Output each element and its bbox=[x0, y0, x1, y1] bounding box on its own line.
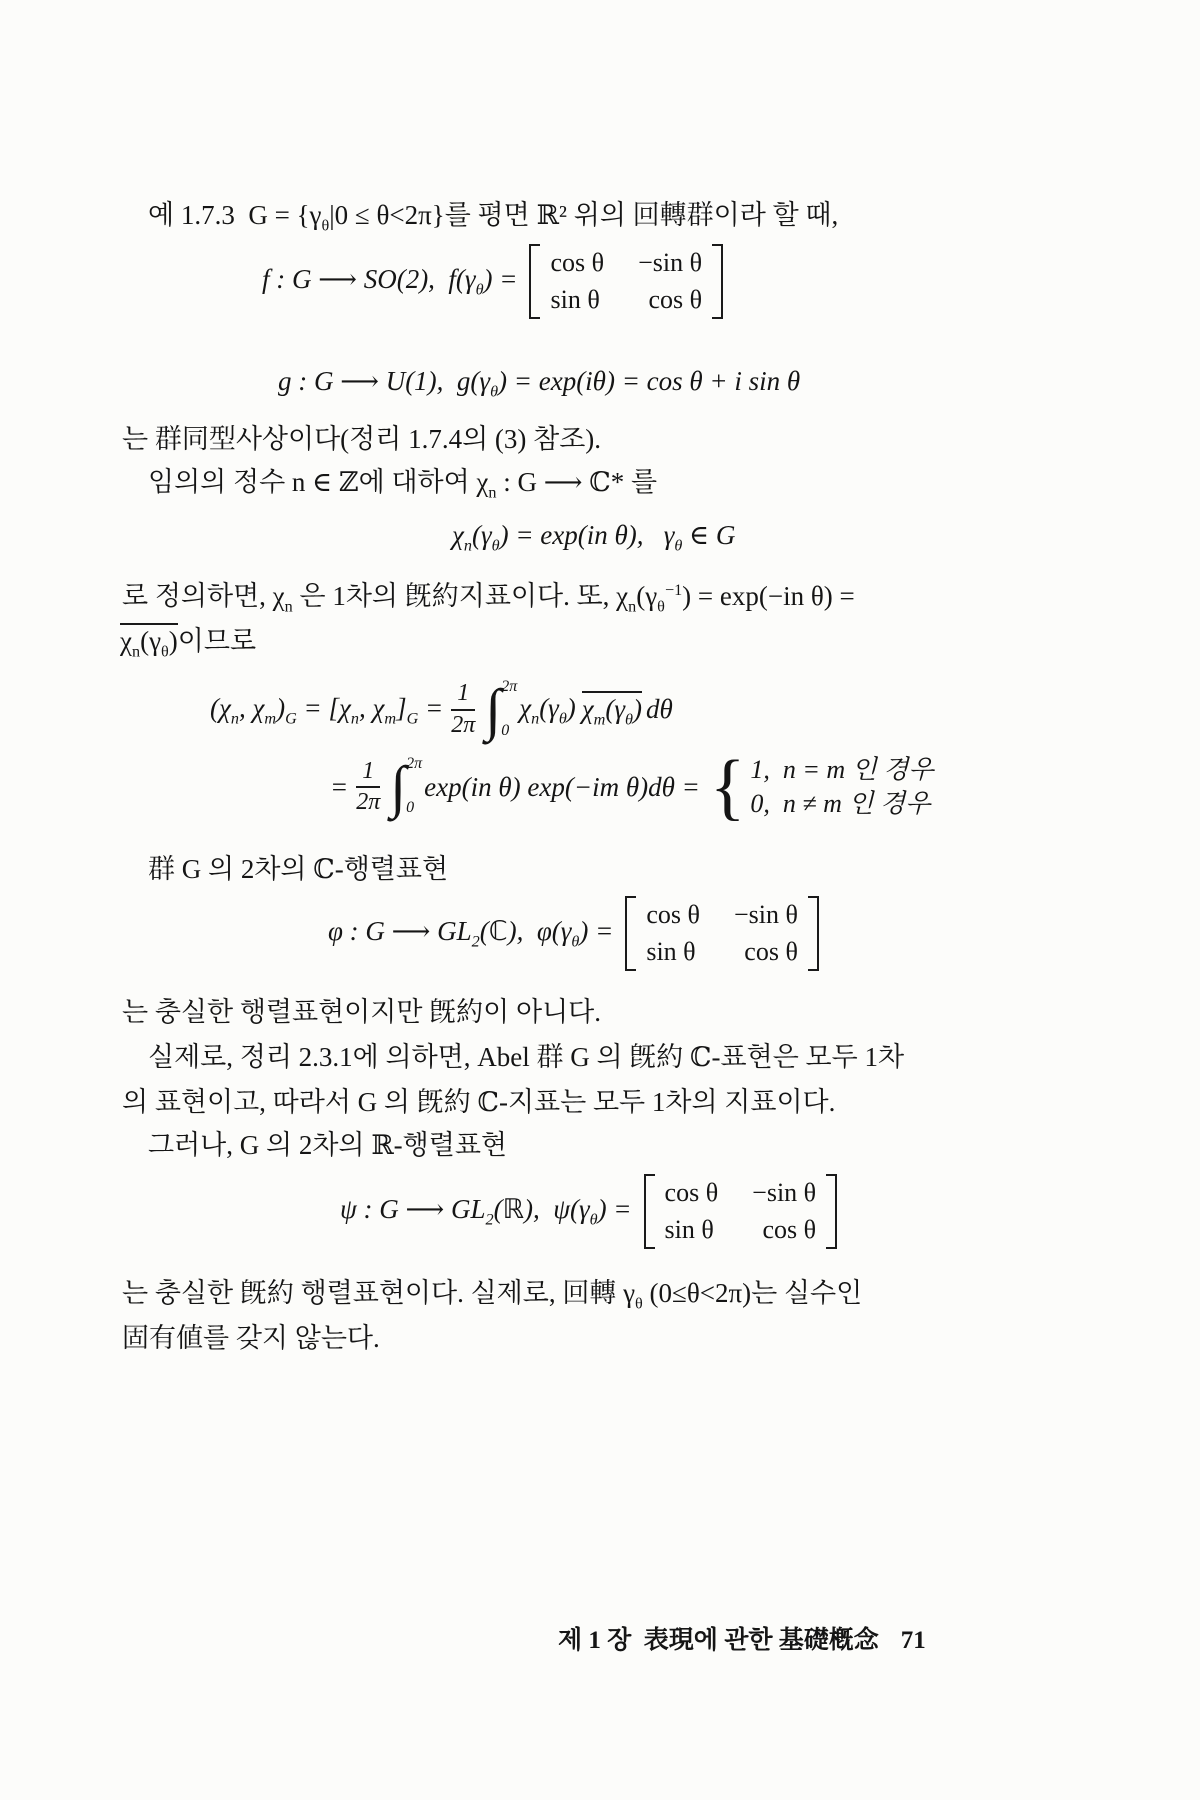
overline-chi: χn(γθ) bbox=[120, 623, 178, 661]
matrix-bracket-left bbox=[625, 896, 636, 971]
para-chi-conjugate: χn(γθ)이므로 bbox=[120, 622, 256, 661]
para-r-matrix-rep: 그러나, G 의 2차의 ℝ-행렬표현 bbox=[148, 1126, 507, 1165]
brace-icon: { bbox=[710, 752, 746, 822]
case-equal: 1, n = m 인 경우 bbox=[750, 756, 933, 785]
para-c-matrix-rep: 群 G 의 2차의 ℂ-행렬표현 bbox=[148, 850, 448, 889]
matrix-bracket-left bbox=[644, 1174, 655, 1249]
para-faithful-not-irreducible: 는 충실한 행렬표현이지만 旣約이 아니다. bbox=[122, 993, 601, 1032]
matrix-cells: cos θ−sin θsin θcos θ bbox=[548, 244, 704, 319]
formula-inner-product: (χn, χm)G = [χn, χm]G = 12π ∫2π0 χn(γθ) … bbox=[210, 678, 673, 742]
fraction-one-over-2pi: 12π bbox=[356, 758, 380, 817]
matrix-cell: sin θ bbox=[646, 938, 700, 965]
para-eigenvalue: 固有値를 갖지 않는다. bbox=[122, 1319, 380, 1358]
footer-page-number: 71 bbox=[901, 1627, 926, 1654]
para-faithful-irreducible: 는 충실한 旣約 행렬표현이다. 실제로, 回轉 γθ (0≤θ<2π)는 실수… bbox=[122, 1274, 862, 1316]
formula-f-so2: f : G ⟶ SO(2), f(γθ) = cos θ−sin θsin θc… bbox=[262, 244, 723, 319]
matrix-cell: −sin θ bbox=[734, 901, 798, 928]
matrix-cell: sin θ bbox=[665, 1216, 719, 1243]
cases-expression: {1, n = m 인 경우0, n ≠ m 인 경우 bbox=[710, 752, 934, 822]
matrix-cell: cos θ bbox=[638, 286, 702, 313]
rotation-matrix: cos θ−sin θsin θcos θ bbox=[625, 896, 819, 971]
integral-0-2pi: ∫2π0 bbox=[390, 755, 422, 819]
matrix-bracket-right bbox=[826, 1174, 837, 1249]
matrix-cells: cos θ−sin θsin θcos θ bbox=[663, 1174, 819, 1249]
formula-inner-product-cases: = 12π ∫2π0 exp(in θ) exp(−im θ)dθ = {1, … bbox=[330, 752, 934, 822]
para-theorem-231: 실제로, 정리 2.3.1에 의하면, Abel 群 G 의 旣約 ℂ-표현은 … bbox=[148, 1038, 904, 1077]
example-label: 예 1.7.3 bbox=[148, 200, 235, 230]
para-integer-n: 임의의 정수 n ∈ ℤ에 대하여 χn : G ⟶ ℂ* 를 bbox=[148, 463, 657, 505]
page-footer: 제 1 장 表現에 관한 基礎槪念71 bbox=[558, 1620, 926, 1656]
fraction-one-over-2pi: 12π bbox=[451, 680, 475, 739]
example-heading: 예 1.7.3 G = {γθ|0 ≤ θ<2π}를 평면 ℝ² 위의 回轉群이… bbox=[148, 196, 838, 238]
matrix-cell: cos θ bbox=[665, 1179, 719, 1206]
matrix-cell: cos θ bbox=[646, 901, 700, 928]
matrix-bracket-right bbox=[712, 244, 723, 319]
footer-chapter-title: 제 1 장 表現에 관한 基礎槪念 bbox=[558, 1627, 879, 1654]
rotation-matrix: cos θ−sin θsin θcos θ bbox=[529, 244, 723, 319]
para-homomorphism: 는 群同型사상이다(정리 1.7.4의 (3) 참조). bbox=[122, 420, 601, 459]
matrix-cell: −sin θ bbox=[638, 249, 702, 276]
rotation-matrix: cos θ−sin θsin θcos θ bbox=[644, 1174, 838, 1249]
integral-0-2pi: ∫2π0 bbox=[485, 678, 517, 742]
matrix-cell: cos θ bbox=[734, 938, 798, 965]
formula-phi-gl2c: φ : G ⟶ GL2(ℂ), φ(γθ) = cos θ−sin θsin θ… bbox=[328, 896, 819, 971]
scanned-page: 예 1.7.3 G = {γθ|0 ≤ θ<2π}를 평면 ℝ² 위의 回轉群이… bbox=[0, 0, 1200, 1800]
matrix-bracket-right bbox=[808, 896, 819, 971]
integral-icon: ∫ bbox=[485, 681, 501, 739]
case-not-equal: 0, n ≠ m 인 경우 bbox=[750, 790, 933, 819]
formula-psi-gl2r: ψ : G ⟶ GL2(ℝ), ψ(γθ) = cos θ−sin θsin θ… bbox=[340, 1174, 837, 1249]
matrix-cells: cos θ−sin θsin θcos θ bbox=[644, 896, 800, 971]
matrix-cell: cos θ bbox=[550, 249, 604, 276]
matrix-bracket-left bbox=[529, 244, 540, 319]
formula-chi-definition: χn(γθ) = exp(in θ), γθ ∈ G bbox=[452, 516, 735, 558]
matrix-cell: −sin θ bbox=[752, 1179, 816, 1206]
formula-f-text: f : G ⟶ SO(2), f(γθ) = bbox=[262, 260, 517, 302]
formula-g-u1: g : G ⟶ U(1), g(γθ) = exp(iθ) = cos θ + … bbox=[278, 362, 800, 404]
overline-chi-m: χm(γθ) bbox=[582, 691, 642, 729]
matrix-cell: sin θ bbox=[550, 286, 604, 313]
matrix-cell: cos θ bbox=[752, 1216, 816, 1243]
para-theorem-231-cont: 의 표현이고, 따라서 G 의 旣約 ℂ-지표는 모두 1차의 지표이다. bbox=[122, 1083, 835, 1122]
para-chi-irreducible: 로 정의하면, χn 은 1차의 旣約지표이다. 또, χn(γθ−1) = e… bbox=[122, 577, 855, 619]
integral-icon: ∫ bbox=[390, 758, 406, 816]
